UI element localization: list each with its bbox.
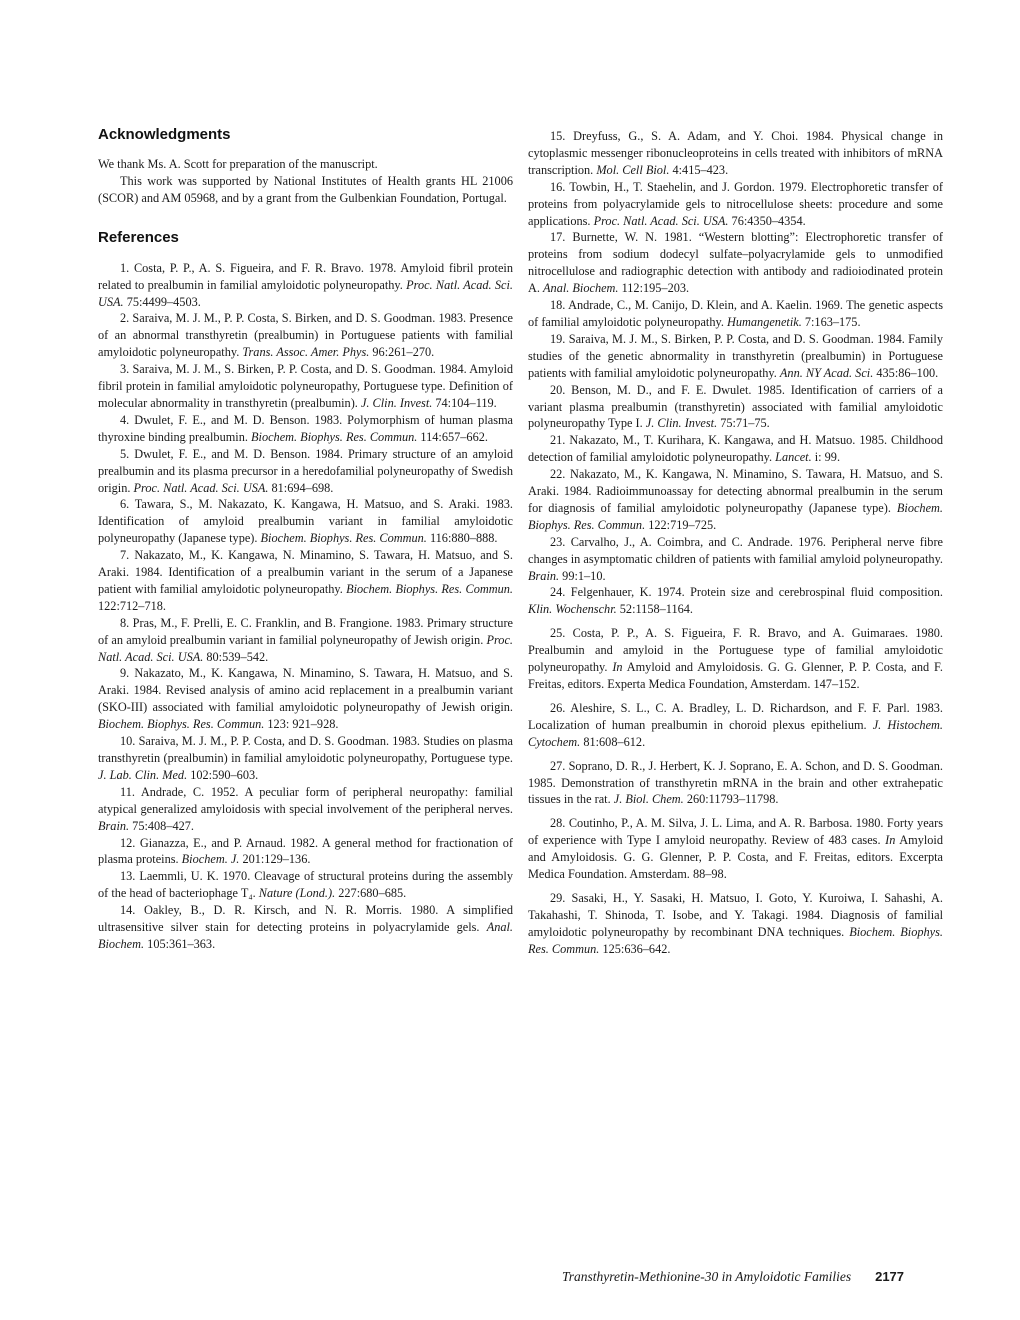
reference-text: 22. Nakazato, M., K. Kangawa, N. Minamin… bbox=[528, 467, 943, 515]
reference-journal: Proc. Natl. Acad. Sci. USA. bbox=[134, 481, 269, 495]
reference-citation: 122:719–725. bbox=[645, 518, 716, 532]
reference-item: 25. Costa, P. P., A. S. Figueira, F. R. … bbox=[528, 625, 943, 693]
reference-citation: 201:129–136. bbox=[239, 852, 310, 866]
reference-text: 8. Pras, M., F. Prelli, E. C. Franklin, … bbox=[98, 616, 513, 647]
reference-journal: Ann. NY Acad. Sci. bbox=[780, 366, 873, 380]
reference-journal: Lancet. bbox=[775, 450, 812, 464]
reference-journal: Trans. Assoc. Amer. Phys. bbox=[242, 345, 369, 359]
acknowledgments-heading: Acknowledgments bbox=[98, 126, 513, 144]
reference-text: 14. Oakley, B., D. R. Kirsch, and N. R. … bbox=[98, 903, 513, 934]
reference-item: 12. Gianazza, E., and P. Arnaud. 1982. A… bbox=[98, 835, 513, 869]
reference-citation: 75:4499–4503. bbox=[124, 295, 201, 309]
reference-citation: 260:11793–11798. bbox=[684, 792, 779, 806]
reference-item: 15. Dreyfuss, G., S. A. Adam, and Y. Cho… bbox=[528, 128, 943, 179]
reference-citation: 114:657–662. bbox=[417, 430, 488, 444]
reference-journal: J. Lab. Clin. Med. bbox=[98, 768, 187, 782]
reference-journal: Brain. bbox=[98, 819, 129, 833]
right-column: 15. Dreyfuss, G., S. A. Adam, and Y. Cho… bbox=[528, 128, 943, 958]
reference-citation: 123: 921–928. bbox=[264, 717, 338, 731]
reference-item: 2. Saraiva, M. J. M., P. P. Costa, S. Bi… bbox=[98, 310, 513, 361]
reference-item: 22. Nakazato, M., K. Kangawa, N. Minamin… bbox=[528, 466, 943, 534]
reference-item: 17. Burnette, W. N. 1981. “Western blott… bbox=[528, 229, 943, 297]
reference-citation: i: 99. bbox=[812, 450, 840, 464]
reference-item: 1. Costa, P. P., A. S. Figueira, and F. … bbox=[98, 260, 513, 311]
reference-text: 21. Nakazato, M., T. Kurihara, K. Kangaw… bbox=[528, 433, 943, 464]
reference-citation: 125:636–642. bbox=[599, 942, 670, 956]
reference-citation: 4:415–423. bbox=[669, 163, 728, 177]
reference-journal: Biochem. Biophys. Res. Commun. bbox=[98, 717, 264, 731]
reference-item: 24. Felgenhauer, K. 1974. Protein size a… bbox=[528, 584, 943, 618]
reference-text: 28. Coutinho, P., A. M. Silva, J. L. Lim… bbox=[528, 816, 943, 847]
acknowledgments-paragraph: This work was supported by National Inst… bbox=[98, 173, 513, 207]
reference-citation: 96:261–270. bbox=[369, 345, 434, 359]
running-title: Transthyretin-Methionine-30 in Amyloidot… bbox=[562, 1269, 851, 1284]
reference-journal: Anal. Biochem. bbox=[543, 281, 618, 295]
reference-citation: 75:71–75. bbox=[717, 416, 770, 430]
reference-item: 7. Nakazato, M., K. Kangawa, N. Minamino… bbox=[98, 547, 513, 615]
reference-item: 9. Nakazato, M., K. Kangawa, N. Minamino… bbox=[98, 665, 513, 733]
reference-text: 15. Dreyfuss, G., S. A. Adam, and Y. Cho… bbox=[528, 129, 943, 177]
reference-item: 13. Laemmli, U. K. 1970. Cleavage of str… bbox=[98, 868, 513, 902]
reference-journal: Brain. bbox=[528, 569, 559, 583]
reference-item: 10. Saraiva, M. J. M., P. P. Costa, and … bbox=[98, 733, 513, 784]
reference-journal: J. Clin. Invest. bbox=[361, 396, 432, 410]
reference-journal: Biochem. Biophys. Res. Commun. bbox=[346, 582, 513, 596]
page-footer: Transthyretin-Methionine-30 in Amyloidot… bbox=[562, 1269, 904, 1285]
reference-item: 4. Dwulet, F. E., and M. D. Benson. 1983… bbox=[98, 412, 513, 446]
reference-item: 21. Nakazato, M., T. Kurihara, K. Kangaw… bbox=[528, 432, 943, 466]
reference-item: 23. Carvalho, J., A. Coimbra, and C. And… bbox=[528, 534, 943, 585]
reference-citation: 74:104–119. bbox=[432, 396, 496, 410]
reference-journal: In bbox=[885, 833, 895, 847]
reference-item: 19. Saraiva, M. J. M., S. Birken, P. P. … bbox=[528, 331, 943, 382]
reference-item: 11. Andrade, C. 1952. A peculiar form of… bbox=[98, 784, 513, 835]
reference-journal: Klin. Wochenschr. bbox=[528, 602, 617, 616]
reference-citation: 76:4350–4354. bbox=[728, 214, 805, 228]
reference-journal: Humangenetik. bbox=[727, 315, 802, 329]
reference-list-right: 15. Dreyfuss, G., S. A. Adam, and Y. Cho… bbox=[528, 128, 943, 958]
reference-citation: 81:608–612. bbox=[580, 735, 645, 749]
reference-journal: J. Biol. Chem. bbox=[614, 792, 684, 806]
reference-text: 24. Felgenhauer, K. 1974. Protein size a… bbox=[550, 585, 943, 599]
reference-journal: J. Clin. Invest. bbox=[646, 416, 717, 430]
reference-citation: 7:163–175. bbox=[802, 315, 861, 329]
reference-item: 6. Tawara, S., M. Nakazato, K. Kangawa, … bbox=[98, 496, 513, 547]
reference-item: 29. Sasaki, H., Y. Sasaki, H. Matsuo, I.… bbox=[528, 890, 943, 958]
reference-journal: Biochem. Biophys. Res. Commun. bbox=[261, 531, 427, 545]
reference-item: 14. Oakley, B., D. R. Kirsch, and N. R. … bbox=[98, 902, 513, 953]
reference-item: 27. Soprano, D. R., J. Herbert, K. J. So… bbox=[528, 758, 943, 809]
reference-item: 8. Pras, M., F. Prelli, E. C. Franklin, … bbox=[98, 615, 513, 666]
reference-citation: 102:590–603. bbox=[187, 768, 258, 782]
reference-citation: 227:680–685. bbox=[335, 886, 406, 900]
reference-citation: 81:694–698. bbox=[268, 481, 333, 495]
reference-item: 16. Towbin, H., T. Staehelin, and J. Gor… bbox=[528, 179, 943, 230]
reference-text: 9. Nakazato, M., K. Kangawa, N. Minamino… bbox=[98, 666, 513, 714]
reference-journal: Biochem. J. bbox=[182, 852, 240, 866]
reference-item: 20. Benson, M. D., and F. E. Dwulet. 198… bbox=[528, 382, 943, 433]
reference-journal: In bbox=[612, 660, 622, 674]
reference-citation: 105:361–363. bbox=[144, 937, 215, 951]
reference-item: 5. Dwulet, F. E., and M. D. Benson. 1984… bbox=[98, 446, 513, 497]
reference-text: 23. Carvalho, J., A. Coimbra, and C. And… bbox=[528, 535, 943, 566]
reference-citation: 116:880–888. bbox=[427, 531, 498, 545]
left-column: Acknowledgments We thank Ms. A. Scott fo… bbox=[98, 126, 513, 953]
reference-citation: 122:712–718. bbox=[98, 599, 166, 613]
reference-item: 26. Aleshire, S. L., C. A. Bradley, L. D… bbox=[528, 700, 943, 751]
acknowledgments-paragraph: We thank Ms. A. Scott for preparation of… bbox=[98, 156, 513, 173]
reference-list-left: 1. Costa, P. P., A. S. Figueira, and F. … bbox=[98, 260, 513, 953]
reference-citation: 99:1–10. bbox=[559, 569, 605, 583]
reference-citation: 75:408–427. bbox=[129, 819, 194, 833]
reference-item: 18. Andrade, C., M. Canijo, D. Klein, an… bbox=[528, 297, 943, 331]
reference-journal: Proc. Natl. Acad. Sci. USA. bbox=[594, 214, 729, 228]
reference-item: 3. Saraiva, M. J. M., S. Birken, P. P. C… bbox=[98, 361, 513, 412]
reference-citation: 52:1158–1164. bbox=[617, 602, 693, 616]
reference-citation: 112:195–203. bbox=[619, 281, 690, 295]
reference-citation: 80:539–542. bbox=[203, 650, 268, 664]
reference-text: 11. Andrade, C. 1952. A peculiar form of… bbox=[98, 785, 513, 816]
page-number: 2177 bbox=[875, 1269, 904, 1284]
reference-item: 28. Coutinho, P., A. M. Silva, J. L. Lim… bbox=[528, 815, 943, 883]
reference-journal: Biochem. Biophys. Res. Commun. bbox=[251, 430, 417, 444]
reference-citation: 435:86–100. bbox=[873, 366, 938, 380]
reference-journal: Mol. Cell Biol. bbox=[596, 163, 669, 177]
reference-text: 10. Saraiva, M. J. M., P. P. Costa, and … bbox=[98, 734, 513, 765]
references-heading: References bbox=[98, 229, 513, 247]
reference-journal: Nature (Lond.). bbox=[259, 886, 335, 900]
